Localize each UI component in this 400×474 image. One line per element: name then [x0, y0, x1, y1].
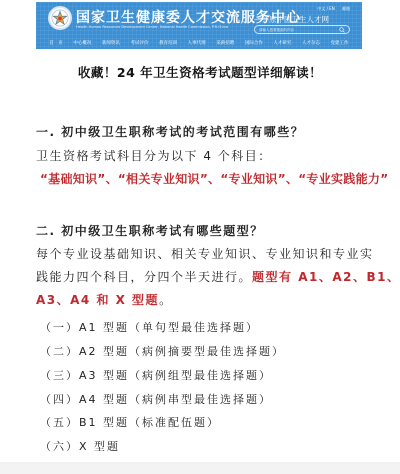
question-type-item: （六）X 型题 — [40, 438, 120, 454]
nav-item-training[interactable]: 教育培训 — [159, 40, 177, 46]
section2-paragraph-line3: A3、A4 和 X 型题。 — [36, 291, 173, 308]
site-header-banner: 国家卫生健康委人才交流服务中心 Health Human Resources D… — [36, 2, 362, 49]
section2-paragraph-line1: 每个专业设基础知识、相关专业知识、专业知识和专业实 — [36, 245, 374, 262]
main-nav: 首 页 中心概况 新闻资讯 考试评价 教育培训 人事代理 采薪招聘 国际合作 人… — [36, 37, 362, 49]
nav-item-personnel[interactable]: 人事代理 — [188, 40, 206, 46]
nav-item-recruitment[interactable]: 采薪招聘 — [216, 40, 234, 46]
search-input[interactable] — [259, 28, 339, 32]
nav-item-home[interactable]: 首 页 — [49, 40, 63, 46]
bottom-band — [0, 462, 400, 474]
nav-item-news[interactable]: 新闻资讯 — [102, 40, 120, 46]
site-logo[interactable] — [48, 6, 72, 30]
line3-end: 。 — [159, 293, 173, 307]
nav-item-international[interactable]: 国际合作 — [245, 40, 263, 46]
section1-intro: 卫生资格考试科目分为以下 4 个科目： — [36, 147, 272, 164]
section1-heading: 一. 初中级卫生职称考试的考试范围有哪些？ — [36, 123, 304, 140]
nav-item-party[interactable]: 党建工作 — [331, 40, 349, 46]
question-types-highlight: 题型有 A1、A2、B1、 — [252, 270, 400, 284]
question-type-item: （二）A2 型题（病例摘要型最佳选择题） — [40, 343, 285, 359]
nav-item-about[interactable]: 中心概况 — [73, 40, 91, 46]
line2-text: 践能力四个科目，分四个半天进行。 — [36, 270, 252, 284]
section2-heading: 二. 初中级卫生职称考试有哪些题型？ — [36, 222, 264, 239]
nav-item-magazine[interactable]: 人才杂志 — [302, 40, 320, 46]
nav-item-research[interactable]: 人才研究 — [273, 40, 291, 46]
nav-item-exams[interactable]: 考试评价 — [131, 40, 149, 46]
site-slogan: ——原中国卫生人才网 — [254, 14, 329, 25]
language-switch-link[interactable]: 中文 / EN — [317, 6, 334, 11]
subjects-list: “基础知识”、“相关专业知识”、“专业知识”、“专业实践能力” — [40, 170, 388, 187]
question-type-item: （五）B1 型题（标准配伍题） — [40, 414, 220, 430]
section2-paragraph-line2: 践能力四个科目，分四个半天进行。题型有 A1、A2、B1、 — [36, 268, 400, 285]
top-links: 中文 / EN 邮箱 — [311, 6, 350, 12]
mailbox-link[interactable]: 邮箱 — [342, 6, 350, 11]
search-icon[interactable] — [339, 27, 345, 33]
question-type-item: （四）A4 型题（病例串型最佳选择题） — [40, 391, 272, 407]
article-title: 收藏！24 年卫生资格考试题型详细解读！ — [0, 63, 400, 81]
emblem-star-icon — [51, 9, 69, 27]
search-box — [254, 25, 350, 34]
question-type-item: （一）A1 型题（单句型最佳选择题） — [40, 319, 259, 335]
question-types-highlight-cont: A3、A4 和 X 型题 — [36, 293, 159, 307]
site-subtitle: Health Human Resources Development Cente… — [76, 25, 228, 29]
question-type-item: （三）A3 型题（病例组型最佳选择题） — [40, 367, 272, 383]
